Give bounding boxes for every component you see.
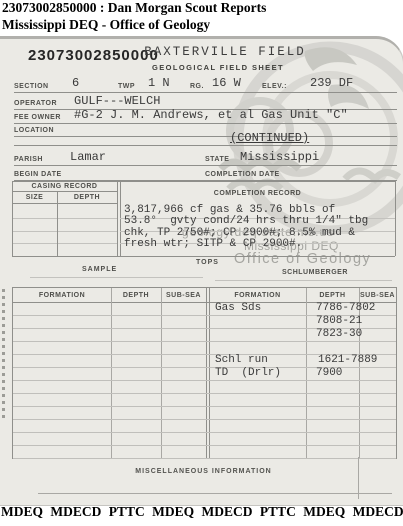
row-parish-state: PARISH Lamar STATE Mississippi bbox=[14, 151, 397, 166]
completion-record-title: COMPLETION RECORD bbox=[120, 190, 395, 197]
operator-label: OPERATOR bbox=[14, 100, 57, 107]
tops-table-header: FORMATION DEPTH SUB-SEA FORMATION DEPTH … bbox=[13, 288, 396, 303]
table-row bbox=[13, 445, 396, 459]
rg-value: 16 W bbox=[212, 77, 241, 89]
form-subtitle: GEOLOGICAL FIELD SHEET bbox=[128, 63, 308, 72]
schl-depth: 7823-30 bbox=[316, 328, 362, 340]
table-row bbox=[13, 432, 396, 446]
row-dates: BEGIN DATE COMPLETION DATE bbox=[14, 166, 397, 181]
casing-col-depth: DEPTH bbox=[57, 194, 117, 201]
casing-row-rule bbox=[12, 231, 117, 232]
table-row bbox=[13, 341, 396, 355]
casing-col-size: SIZE bbox=[12, 194, 57, 201]
page-header-line2: Mississippi DEQ - Office of Geology bbox=[2, 17, 266, 34]
schl-depth: 1621-7889 bbox=[318, 354, 377, 366]
schl-depth: 7900 bbox=[316, 367, 342, 379]
location-label: LOCATION bbox=[14, 127, 54, 134]
table-row bbox=[13, 419, 396, 433]
completion-record-text: 3,817,966 cf gas & 35.76 bbls of 53.8° g… bbox=[124, 205, 394, 253]
misc-bottom-rule bbox=[38, 493, 392, 494]
watermark-office: Office of Geology bbox=[234, 251, 371, 267]
casing-right-border-a bbox=[117, 181, 118, 256]
state-value: Mississippi bbox=[240, 151, 319, 163]
section-label: SECTION bbox=[14, 83, 49, 90]
schl-formation: TD (Drlr) bbox=[215, 367, 281, 379]
field-name-title: BAXTERVILLE FIELD bbox=[138, 45, 312, 59]
schl-formation: Schl run bbox=[215, 354, 268, 366]
casing-row-rule bbox=[12, 243, 117, 244]
page-footer: MDEQ MDECD PTTC MDEQ MDECD PTTC MDEQ MDE… bbox=[1, 504, 403, 520]
casing-header-rule bbox=[12, 203, 117, 204]
begin-date-label: BEGIN DATE bbox=[14, 171, 62, 178]
table-row: TD (Drlr) 7900 bbox=[13, 367, 396, 381]
elev-value: 239 DF bbox=[310, 77, 353, 89]
section-value: 6 bbox=[72, 77, 79, 89]
casing-record-title: CASING RECORD bbox=[12, 183, 117, 190]
schl-formation: Gas Sds bbox=[215, 302, 261, 314]
twp-value: 1 N bbox=[148, 77, 170, 89]
completion-right-border bbox=[395, 181, 396, 256]
schlumberger-label: SCHLUMBERGER bbox=[282, 269, 348, 276]
casing-left-border bbox=[12, 181, 13, 256]
fee-owner-label: FEE OWNER bbox=[14, 114, 61, 121]
sample-underline bbox=[30, 277, 203, 278]
schl-col-depth: DEPTH bbox=[306, 292, 359, 299]
table-row bbox=[13, 393, 396, 407]
parish-value: Lamar bbox=[70, 151, 106, 163]
schl-depth: 7808-21 bbox=[316, 315, 362, 327]
misc-info-title: MISCELLANEOUS INFORMATION bbox=[12, 468, 395, 475]
rg-label: RG. bbox=[190, 83, 204, 90]
table-row bbox=[13, 406, 396, 420]
completion-line: fresh wtr; SITP & CP 2900#. bbox=[124, 239, 394, 250]
casing-row-rule bbox=[12, 218, 117, 219]
row-location: LOCATION bbox=[14, 123, 397, 137]
tops-title: TOPS bbox=[196, 259, 219, 266]
table-row: 7823-30 bbox=[13, 328, 396, 342]
sample-col-subsea: SUB-SEA bbox=[161, 292, 206, 299]
state-label: STATE bbox=[205, 156, 229, 163]
table-row: Schl run 1621-7889 bbox=[13, 354, 396, 368]
casing-section-bottom-rule bbox=[12, 256, 395, 257]
table-row bbox=[13, 380, 396, 394]
rule-under-continued bbox=[14, 145, 397, 146]
operator-value: GULF---WELCH bbox=[74, 95, 160, 107]
elev-label: ELEV.: bbox=[262, 83, 287, 90]
sample-label: SAMPLE bbox=[82, 266, 117, 273]
table-row: Gas Sds 7786-7802 bbox=[13, 302, 396, 316]
schlumberger-underline bbox=[215, 280, 392, 281]
schl-col-formation: FORMATION bbox=[209, 292, 306, 299]
casing-section-top-rule bbox=[12, 181, 395, 182]
parish-label: PARISH bbox=[14, 156, 43, 163]
casing-title-rule bbox=[12, 191, 117, 192]
fee-owner-value: #G-2 J. M. Andrews, et al Gas Unit "C" bbox=[74, 109, 348, 121]
sample-col-formation: FORMATION bbox=[13, 292, 111, 299]
form-edge-print bbox=[2, 289, 5, 421]
row-section: SECTION 6 TWP 1 N RG. 16 W ELEV.: 239 DF bbox=[14, 77, 397, 93]
schl-depth: 7786-7802 bbox=[316, 302, 375, 314]
twp-label: TWP bbox=[118, 83, 135, 90]
completion-date-label: COMPLETION DATE bbox=[205, 171, 280, 178]
casing-col-divider bbox=[57, 191, 58, 256]
page-header: 23073002850000 : Dan Morgan Scout Report… bbox=[2, 0, 266, 33]
tops-table: FORMATION DEPTH SUB-SEA FORMATION DEPTH … bbox=[12, 287, 397, 459]
schl-col-subsea: SUB-SEA bbox=[359, 292, 396, 299]
sample-col-depth: DEPTH bbox=[111, 292, 161, 299]
continued-note: (CONTINUED) bbox=[230, 132, 309, 144]
row-fee-owner: FEE OWNER #G-2 J. M. Andrews, et al Gas … bbox=[14, 109, 397, 124]
page-header-line1: 23073002850000 : Dan Morgan Scout Report… bbox=[2, 0, 266, 17]
table-row: 7808-21 bbox=[13, 315, 396, 329]
scanned-field-sheet: geology.deq.state.ms.us Mississippi DEQ … bbox=[0, 36, 403, 506]
